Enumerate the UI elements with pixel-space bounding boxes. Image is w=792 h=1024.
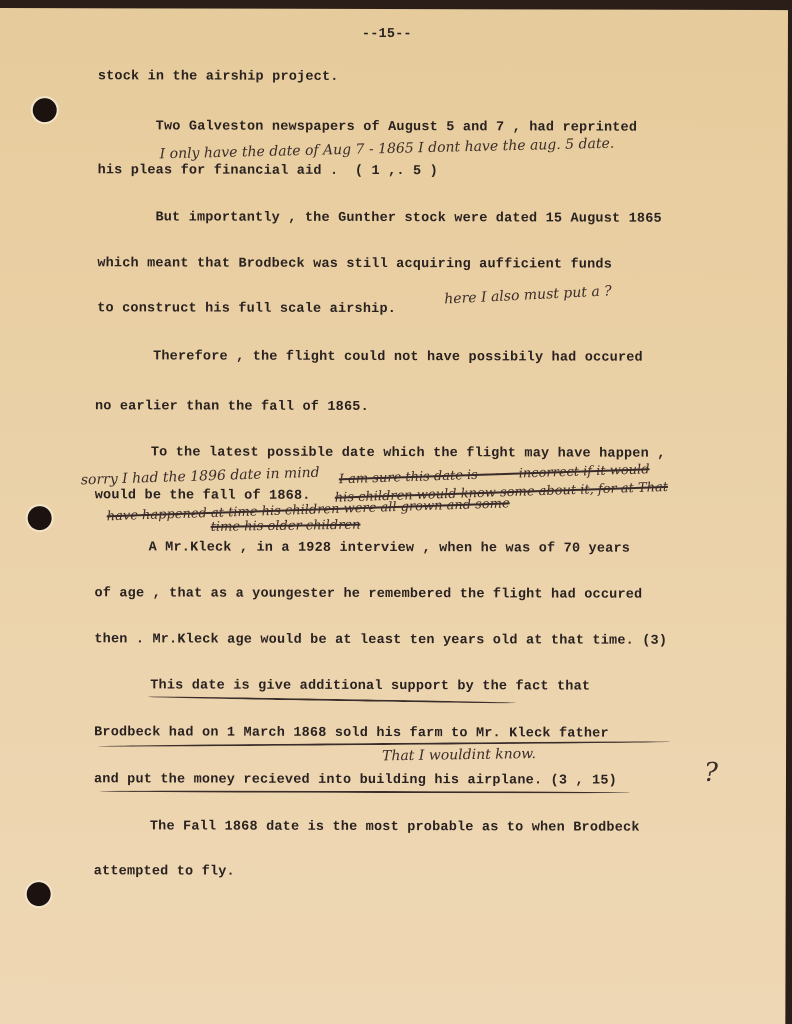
text-line: his pleas for financial aid . ( 1 ,. 5 )	[98, 163, 438, 179]
text-line: Therefore , the flight could not have po…	[153, 349, 643, 365]
text-line: But importantly , the Gunther stock were…	[155, 210, 661, 226]
text-line: The Fall 1868 date is the most probable …	[150, 819, 640, 835]
underline-mark	[98, 741, 670, 747]
struck-handwritten-note: time his older children	[211, 518, 361, 535]
handwritten-note: I only have the date of Aug 7 - 1865 I d…	[160, 136, 615, 163]
text-line: no earlier than the fall of 1865.	[95, 399, 369, 415]
text-line: which meant that Brodbeck was still acqu…	[97, 256, 612, 272]
handwritten-note: sorry I had the 1896 date in mind	[81, 465, 320, 489]
text-line: A Mr.Kleck , in a 1928 interview , when …	[149, 540, 631, 556]
text-line: then . Mr.Kleck age would be at least te…	[94, 632, 667, 648]
margin-question-mark: ?	[704, 758, 718, 788]
text-line: To the latest possible date which the fl…	[151, 445, 666, 461]
page-number: --15--	[362, 27, 412, 42]
text-line: attempted to fly.	[94, 864, 235, 879]
text-line: of age , that as a youngester he remembe…	[94, 586, 642, 602]
text-line: and put the money recieved into building…	[94, 772, 617, 788]
text-line: to construct his full scale airship.	[97, 301, 396, 317]
handwritten-note: here I also must put a ?	[444, 283, 612, 307]
document-page: --15-- stock in the airship project. Two…	[0, 8, 788, 1024]
text-line: This date is give additional support by …	[150, 678, 590, 694]
underline-mark	[148, 696, 516, 704]
hole-punch	[28, 506, 52, 530]
handwritten-note: That I wouldint know.	[382, 746, 536, 764]
text-line: stock in the airship project.	[98, 69, 339, 85]
hole-punch	[33, 98, 57, 122]
hole-punch	[27, 882, 51, 906]
underline-mark	[100, 790, 630, 793]
text-line: Two Galveston newspapers of August 5 and…	[156, 119, 638, 135]
text-line: Brodbeck had on 1 March 1868 sold his fa…	[94, 725, 609, 741]
text-line: would be the fall of 1868.	[95, 488, 311, 504]
